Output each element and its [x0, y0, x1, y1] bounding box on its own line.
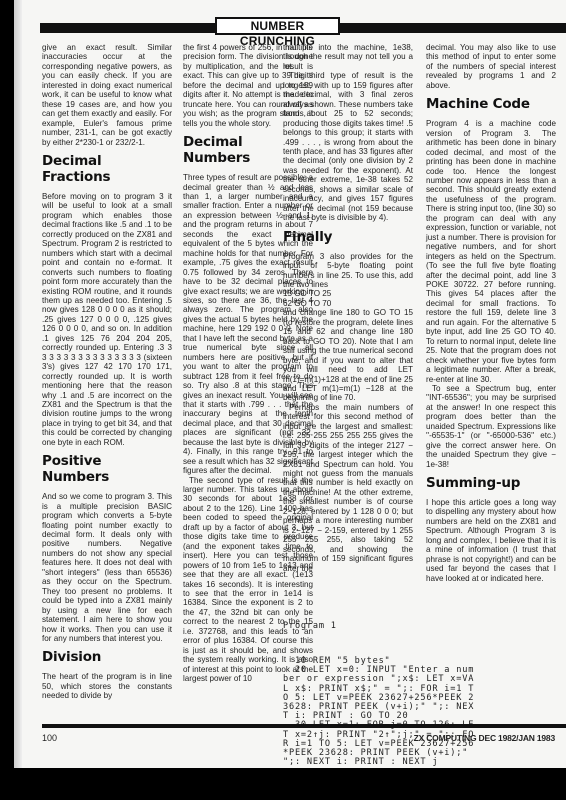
listing-title: Program 1	[283, 622, 566, 631]
page-edge-shadow	[14, 0, 22, 768]
paragraph: The third type of result is the longest,…	[283, 71, 413, 222]
section-heading: Machine Code	[426, 96, 556, 112]
paragraph: The heart of the program is in line 50, …	[42, 672, 172, 700]
page-number: 100	[42, 733, 57, 743]
paragraph: give an exact result. Similar inaccuraci…	[42, 43, 172, 147]
article-column-4: decimal. You may also like to use this m…	[426, 43, 556, 583]
paragraph: Before moving on to program 3 it will be…	[42, 192, 172, 447]
paragraph: decimal. You may also like to use this m…	[426, 43, 556, 90]
code-lines: 15 GO TO 25 62 GO TO 70	[283, 289, 413, 308]
paragraph: And so we come to program 3. This is a m…	[42, 492, 172, 643]
article-column-1: give an exact result. Similar inaccuraci…	[42, 43, 172, 701]
paragraph: Program 3 also provides for the input of…	[283, 252, 413, 290]
section-heading: Decimal Fractions	[42, 153, 172, 185]
listing-line: ";: NEXT i: PRINT : NEXT j	[283, 758, 566, 767]
section-title: NUMBER CRUNCHING	[215, 17, 340, 35]
section-heading: Finally	[283, 229, 413, 245]
section-heading: Positive Numbers	[42, 453, 172, 485]
article-column-3: that fits into the machine, 1e38, though…	[283, 43, 413, 573]
paragraph: Program 4 is a machine code version of P…	[426, 119, 556, 384]
paragraph: To see a Spectrum bug, enter ''INT-65536…	[426, 384, 556, 469]
paragraph: and change line 180 to GO TO 15 (to rest…	[283, 308, 413, 403]
program-listing: Program 1 10 REM "5 bytes" 20 LET x=0: I…	[283, 604, 566, 777]
section-heading: Summing-up	[426, 475, 556, 491]
section-heading: Division	[42, 649, 172, 665]
paragraph: Perhaps the main numbers of interest for…	[283, 403, 413, 573]
paragraph: I hope this article goes a long way to d…	[426, 498, 556, 583]
footer-rule	[42, 724, 566, 728]
magazine-issue: ZX COMPUTING DEC 1982/JAN 1983	[414, 733, 555, 743]
listing-code: 10 REM "5 bytes" 20 LET x=0: INPUT "Ente…	[283, 657, 566, 767]
paragraph: that fits into the machine, 1e38, though…	[283, 43, 413, 71]
